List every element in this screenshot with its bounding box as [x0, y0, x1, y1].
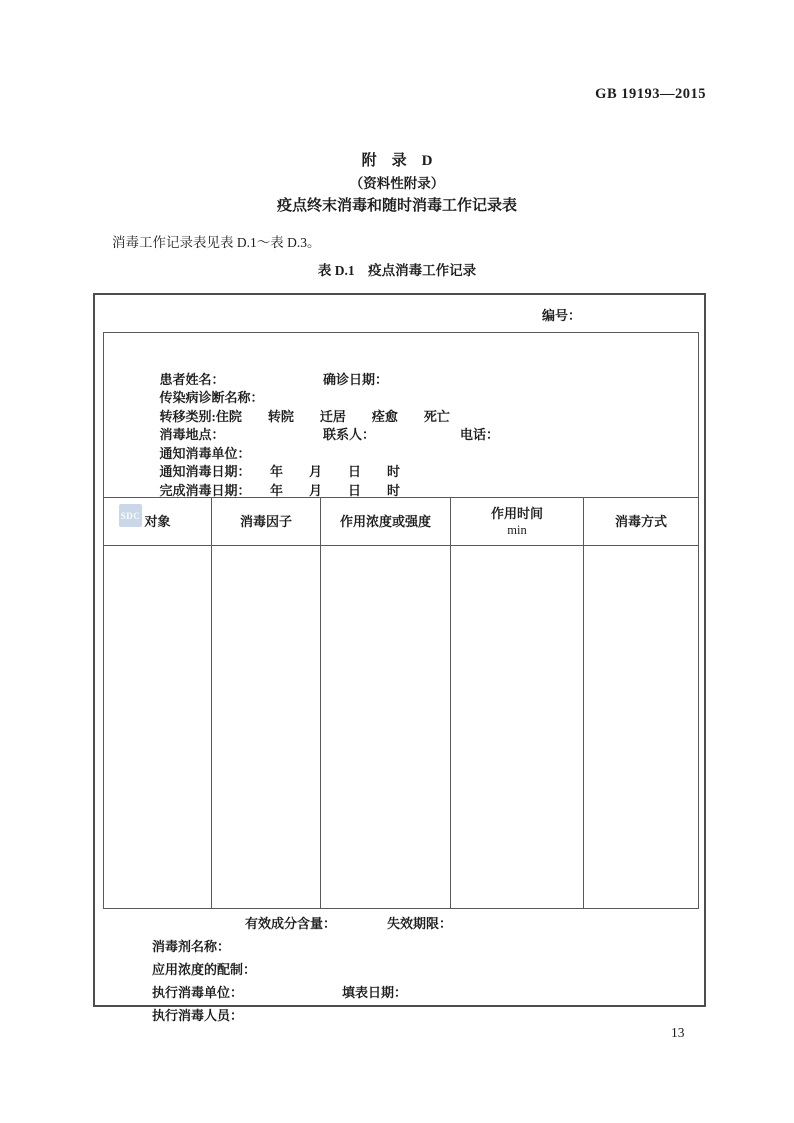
complete-date-label: 完成消毒日期： 年 月 日 时	[160, 483, 401, 498]
disinfectant-line: 消毒剂名称： 有效成分含量： 失效期限：	[95, 912, 704, 935]
complete-date-line: 完成消毒日期： 年 月 日 时	[104, 463, 698, 482]
confirm-date-label: 确诊日期：	[323, 371, 388, 390]
intro-text: 消毒工作记录表见表 D.1～表 D.3。	[112, 231, 321, 251]
patient-info-row: 患者姓名： 传染病诊断名称： 确诊日期： 转移类别:住院 转院 迁居 痊愈 死亡…	[104, 333, 699, 498]
watermark-stamp-icon: SDC	[119, 504, 142, 527]
transfer-type-line: 转移类别:住院 转院 迁居 痊愈 死亡	[104, 389, 698, 408]
concentration-line: 应用浓度的配制：	[95, 935, 704, 958]
table-caption: 表 D.1 疫点消毒工作记录	[0, 259, 794, 279]
appendix-subtitle: （资料性附录）	[0, 172, 794, 192]
table-body-row	[104, 546, 699, 909]
action-time-unit: min	[451, 522, 583, 538]
patient-info-cell: 患者姓名： 传染病诊断名称： 确诊日期： 转移类别:住院 转院 迁居 痊愈 死亡…	[104, 333, 699, 498]
table-header-row: 对象 消毒因子 作用浓度或强度 作用时间 min 消毒方式	[104, 498, 699, 546]
active-content-label: 有效成分含量：	[245, 912, 336, 935]
appendix-heading: 疫点终末消毒和随时消毒工作记录表	[0, 194, 794, 215]
col-header-disinfection-method: 消毒方式	[584, 498, 699, 546]
col-header-disinfection-factor: 消毒因子	[212, 498, 321, 546]
serial-number-label: 编号：	[542, 305, 581, 324]
standard-number: GB 19193—2015	[595, 86, 706, 103]
phone-label: 电话：	[460, 426, 499, 445]
exec-person-label: 执行消毒人员：	[152, 1008, 243, 1023]
notify-date-line: 通知消毒日期： 年 月 日 时	[104, 445, 698, 464]
cell-concentration-intensity	[321, 546, 451, 909]
cell-action-time	[451, 546, 584, 909]
cell-disinfection-factor	[212, 546, 321, 909]
expiry-label: 失效期限：	[387, 912, 452, 935]
appendix-title: 附 录 D	[0, 149, 794, 170]
notified-unit-line: 通知消毒单位： 联系人： 电话：	[104, 426, 698, 445]
patient-name-line: 患者姓名：	[104, 352, 698, 371]
cell-disinfection-method	[584, 546, 699, 909]
fill-date-label: 填表日期：	[342, 981, 407, 1004]
document-page: GB 19193—2015 附 录 D （资料性附录） 疫点终末消毒和随时消毒工…	[0, 0, 794, 1123]
action-time-label: 作用时间	[451, 506, 583, 522]
form-outer-box: 编号： 患者姓名： 传染病诊断名称： 确诊日期：	[93, 293, 706, 1007]
form-footer: 消毒剂名称： 有效成分含量： 失效期限： 应用浓度的配制： 执行消毒单位： 执行…	[95, 912, 704, 1004]
exec-unit-line: 执行消毒单位：	[95, 958, 704, 981]
cell-object	[104, 546, 212, 909]
disinfection-site-line: 消毒地点：	[104, 408, 698, 427]
page-number: 13	[671, 1025, 685, 1041]
exec-person-line: 执行消毒人员： 填表日期：	[95, 981, 704, 1004]
record-form-table: 患者姓名： 传染病诊断名称： 确诊日期： 转移类别:住院 转院 迁居 痊愈 死亡…	[103, 332, 699, 909]
col-header-action-time: 作用时间 min	[451, 498, 584, 546]
diagnosis-line: 传染病诊断名称： 确诊日期：	[104, 371, 698, 390]
col-header-concentration-intensity: 作用浓度或强度	[321, 498, 451, 546]
contact-label: 联系人：	[323, 426, 375, 445]
